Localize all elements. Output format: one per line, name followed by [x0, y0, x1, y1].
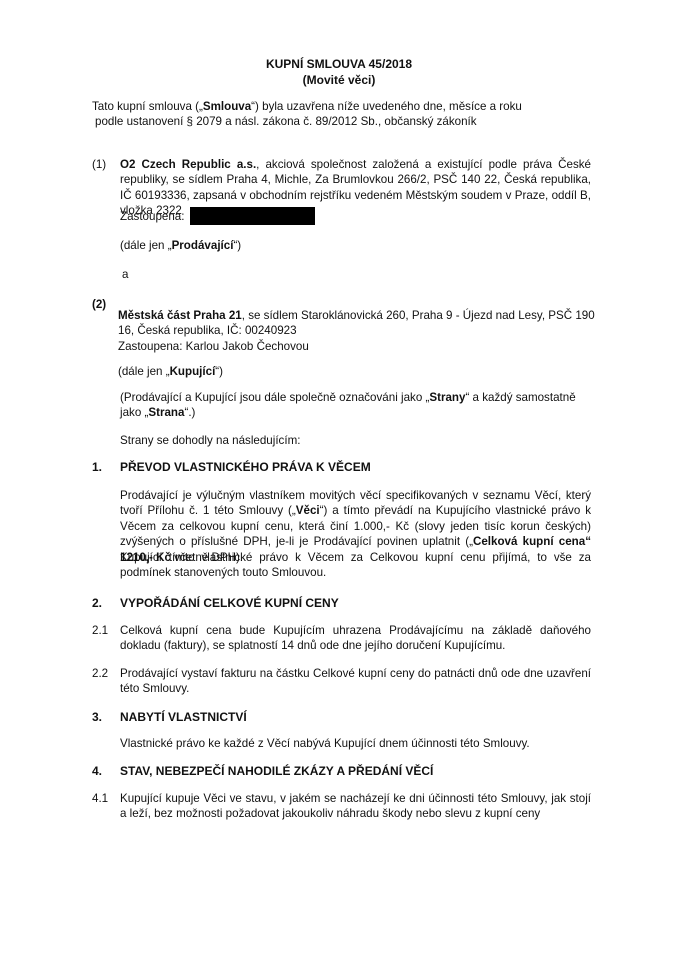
intro-paragraph: Tato kupní smlouva („Smlouva“) byla uzav…	[92, 99, 612, 130]
document-subtitle: (Movité věci)	[0, 73, 678, 88]
section2-heading: VYPOŘÁDÁNÍ CELKOVÉ KUPNÍ CENY	[120, 596, 339, 611]
section3-number: 3.	[92, 710, 102, 725]
redacted-block	[190, 207, 315, 225]
party1-number: (1)	[92, 157, 106, 172]
party1-represented-label: Zastoupena:	[120, 209, 184, 224]
section1-heading: PŘEVOD VLASTNICKÉHO PRÁVA K VĚCEM	[120, 460, 371, 475]
party2-number: (2)	[92, 297, 106, 312]
agreed-text: Strany se dohodly na následujícím:	[120, 433, 300, 448]
section1-paragraph2: Kupující tímto vlastnické právo k Věcem …	[120, 550, 591, 581]
clause-2-2-text: Prodávající vystaví fakturu na částku Ce…	[120, 666, 591, 697]
clause-2-1-text: Celková kupní cena bude Kupujícím uhraze…	[120, 623, 591, 654]
section2-number: 2.	[92, 596, 102, 611]
section1-number: 1.	[92, 460, 102, 475]
intro-line-1: Tato kupní smlouva („Smlouva“) byla uzav…	[92, 99, 612, 114]
section3-text: Vlastnické právo ke každé z Věcí nabývá …	[120, 736, 591, 751]
section3-heading: NABYTÍ VLASTNICTVÍ	[120, 710, 247, 725]
section4-number: 4.	[92, 764, 102, 779]
party1-alias: (dále jen „Prodávající“)	[120, 238, 241, 253]
section4-heading: STAV, NEBEZPEČÍ NAHODILÉ ZKÁZY A PŘEDÁNÍ…	[120, 764, 433, 779]
and-word: a	[122, 267, 128, 282]
party2-description: Městská část Praha 21, se sídlem Starokl…	[118, 308, 598, 339]
party2-alias: (dále jen „Kupující“)	[118, 364, 223, 379]
document-title: KUPNÍ SMLOUVA 45/2018	[0, 57, 678, 72]
clause-4-1-text: Kupující kupuje Věci ve stavu, v jakém s…	[120, 791, 591, 822]
intro-line-2: podle ustanovení § 2079 a násl. zákona č…	[92, 114, 612, 129]
party2-represented: Zastoupena: Karlou Jakob Čechovou	[118, 339, 309, 354]
contract-page: KUPNÍ SMLOUVA 45/2018 (Movité věci) Tato…	[0, 0, 678, 960]
parties-note: (Prodávající a Kupující jsou dále společ…	[120, 390, 591, 421]
clause-2-1-number: 2.1	[92, 623, 108, 638]
clause-4-1-number: 4.1	[92, 791, 108, 806]
clause-2-2-number: 2.2	[92, 666, 108, 681]
